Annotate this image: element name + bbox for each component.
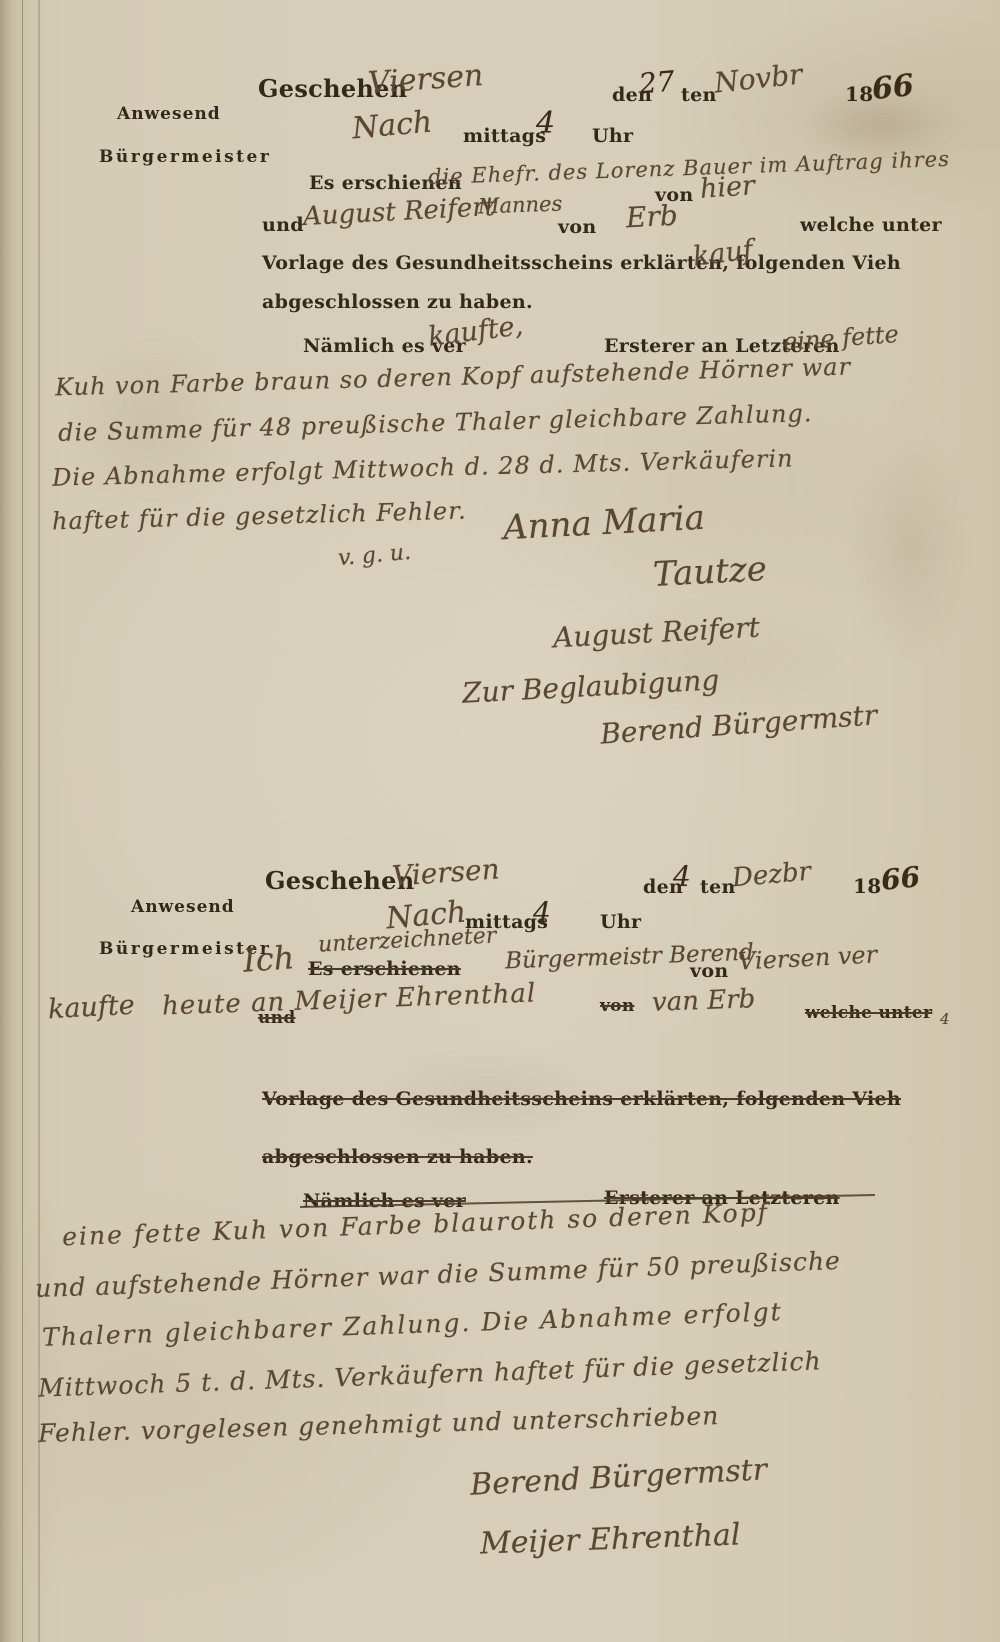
- printed-von2-1: von: [558, 216, 596, 238]
- hw-margin-mark-4: 4: [940, 1010, 950, 1028]
- hw-hour-2: 4: [533, 896, 551, 929]
- margin-anwesend-1: Anwesend: [117, 104, 221, 124]
- printed-vorlage-1: Vorlage des Gesundheitsscheins erklärten…: [262, 252, 901, 274]
- book-binding-edge: [0, 0, 23, 1642]
- hw-unterzeichneter: unterzeichneter: [317, 923, 496, 957]
- signature-berend-1: Berend Bürgermstr: [599, 698, 878, 750]
- hw-body2-line3: Thalern gleichbarer Zahlung. Die Abnahme…: [42, 1297, 783, 1352]
- hw-heute-an-ehrenthal: heute an Meijer Ehrenthal: [162, 978, 537, 1021]
- hw-vgu-abbrev: v. g. u.: [337, 540, 412, 571]
- printed-und-1: und: [262, 214, 304, 236]
- printed-es-erschienen-2-struck: Es erschienen: [308, 958, 461, 980]
- hw-year-2: 66: [879, 860, 921, 897]
- printed-welche-unter-2-struck: welche unter: [805, 1003, 932, 1023]
- printed-ten-1: ten: [681, 84, 717, 106]
- scanned-register-page: Geschehen Viersen den 27 ten Novbr 18 66…: [0, 0, 1000, 1642]
- signature-august-reifert: August Reifert: [552, 611, 760, 655]
- hw-zur-beglaubigung: Zur Beglaubigung: [461, 663, 720, 709]
- margin-anwesend-2: Anwesend: [131, 897, 235, 917]
- hw-viersen-ver: Viersen ver: [737, 940, 877, 975]
- hw-body2-line2: und aufstehende Hörner war die Summe für…: [35, 1246, 842, 1303]
- printed-century-1: 18: [845, 82, 873, 106]
- signature-meijer-ehrenthal: Meijer Ehrenthal: [479, 1517, 741, 1561]
- signature-berend-2: Berend Bürgermstr: [469, 1452, 768, 1503]
- hw-body1-line1: Kuh von Farbe braun so deren Kopf aufste…: [55, 353, 852, 402]
- hw-place-hier: hier: [699, 170, 756, 205]
- hw-place-2: Viersen: [391, 852, 501, 892]
- hw-kaufte-2: kaufte: [47, 990, 135, 1025]
- hw-party2: August Reifert: [302, 192, 495, 232]
- printed-abgeschlossen-2-struck: abgeschlossen zu haben.: [262, 1146, 533, 1168]
- printed-welche-unter-1: welche unter: [800, 214, 942, 236]
- printed-century-2: 18: [853, 874, 881, 898]
- hw-van-erb: van Erb: [652, 984, 756, 1018]
- hw-body2-line5: Fehler. vorgelesen genehmigt und untersc…: [38, 1401, 720, 1448]
- printed-uhr-1: Uhr: [592, 125, 633, 147]
- hw-ich: Ich: [242, 938, 296, 979]
- hw-month-2: Dezbr: [731, 857, 812, 894]
- hw-body1-line3: Die Abnahme erfolgt Mittwoch d. 28 d. Mt…: [52, 444, 794, 491]
- hw-eine-fette: eine fette: [782, 320, 899, 356]
- printed-vorlage-2-struck: Vorlage des Gesundheitsscheins erklärten…: [262, 1088, 901, 1110]
- hw-place-1: Viersen: [367, 58, 484, 101]
- paper-stain: [850, 440, 970, 660]
- hw-year-1: 66: [870, 68, 915, 107]
- printed-ten-2: ten: [700, 876, 736, 898]
- hw-kaufte-1: kaufte,: [426, 310, 524, 352]
- printed-mittags-1: mittags: [463, 125, 546, 147]
- hw-body2-line4: Mittwoch 5 t. d. Mts. Verkäufern haftet …: [38, 1346, 822, 1402]
- hw-day-2: 4: [673, 860, 691, 893]
- margin-buergermeister-1: Bürgermeister: [99, 147, 271, 167]
- signature-anna-maria-surname: Tautze: [652, 549, 768, 595]
- hw-hour-1: 4: [536, 106, 555, 141]
- printed-uhr-2: Uhr: [600, 911, 641, 933]
- hw-party1: die Ehefr. des Lorenz Bauer im Auftrag i…: [428, 147, 951, 189]
- printed-abgeschlossen-1: abgeschlossen zu haben.: [262, 291, 533, 313]
- hw-place-erb: Erb: [625, 199, 678, 235]
- hw-month-1: Novbr: [713, 57, 804, 99]
- hw-day-1: 27: [638, 65, 676, 101]
- printed-von-kept-2: von: [690, 960, 728, 982]
- printed-von-2-struck: von: [600, 996, 634, 1016]
- hw-nach-1: Nach: [351, 105, 434, 147]
- hw-body1-line2: die Summe für 48 preußische Thaler gleic…: [58, 399, 813, 447]
- hw-body1-line4: haftet für die gesetzlich Fehler.: [52, 497, 467, 536]
- signature-anna-maria: Anna Maria: [502, 498, 706, 549]
